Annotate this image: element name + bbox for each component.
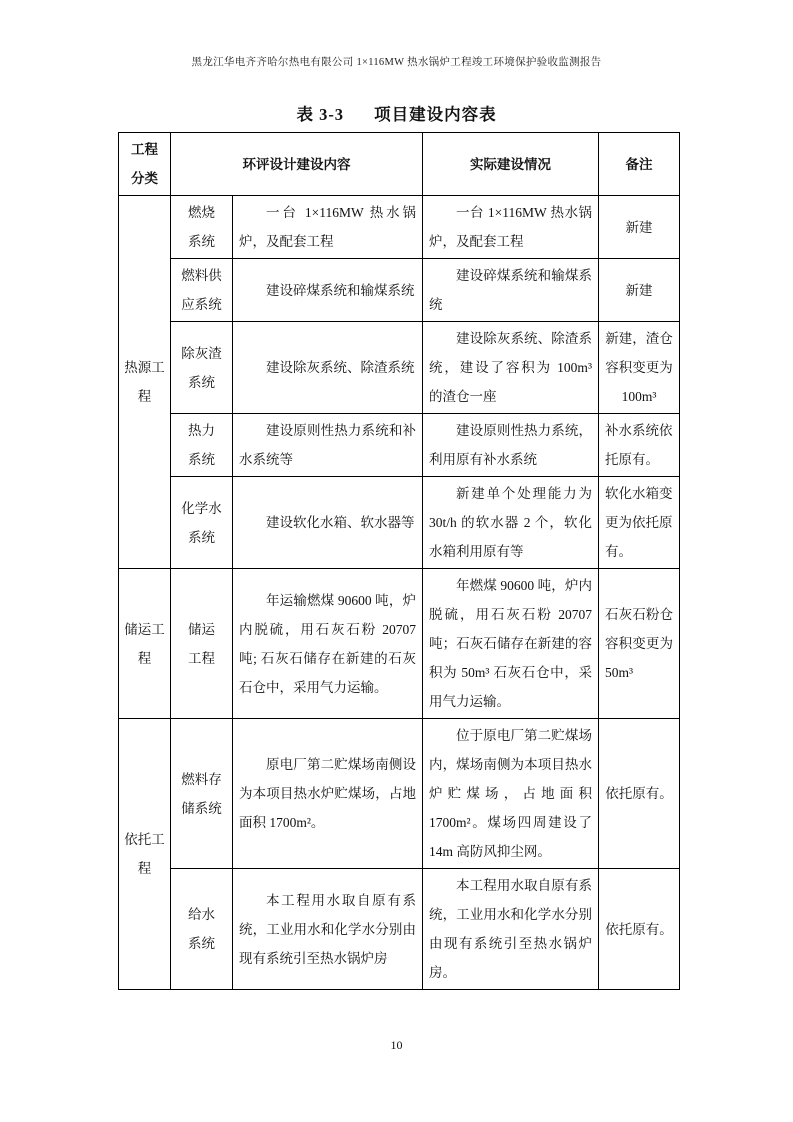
table-row: 化学水 系统 建设软化水箱、软水器等 新建单个处理能力为 30t/h 的软水器 … bbox=[119, 477, 680, 569]
actual-cell: 新建单个处理能力为 30t/h 的软水器 2 个，软化水箱利用原有等 bbox=[423, 477, 599, 569]
header-cell-eia-design: 环评设计建设内容 bbox=[171, 133, 423, 196]
document-header-text: 黑龙江华电齐齐哈尔热电有限公司 1×116MW 热水锅炉工程竣工环境保护验收监测… bbox=[0, 54, 793, 69]
remark-cell: 依托原有。 bbox=[599, 719, 680, 869]
table-header-row: 工程 分类 环评设计建设内容 实际建设情况 备注 bbox=[119, 133, 680, 196]
remark-cell: 新建 bbox=[599, 196, 680, 259]
page-number: 10 bbox=[0, 1038, 793, 1053]
header-cell-remark: 备注 bbox=[599, 133, 680, 196]
system-cell-thermal: 热力 系统 bbox=[171, 414, 233, 477]
actual-cell: 建设除灰系统、除渣系统，建设了容积为 100m³ 的渣仓一座 bbox=[423, 322, 599, 414]
actual-cell: 年燃煤 90600 吨，炉内脱硫，用石灰石粉 20707 吨；石灰石储存在新建的… bbox=[423, 569, 599, 719]
eia-cell: 年运输燃煤 90600 吨，炉内脱硫，用石灰石粉 20707 吨; 石灰石储存在… bbox=[233, 569, 423, 719]
table-row: 除灰渣 系统 建设除灰系统、除渣系统 建设除灰系统、除渣系统，建设了容积为 10… bbox=[119, 322, 680, 414]
header-cell-actual-construction: 实际建设情况 bbox=[423, 133, 599, 196]
category-cell-relying-project: 依托工程 bbox=[119, 719, 171, 990]
remark-cell: 新建，渣仓容积变更为 100m³ bbox=[599, 322, 680, 414]
eia-cell: 一台 1×116MW 热水锅炉，及配套工程 bbox=[233, 196, 423, 259]
eia-cell: 建设除灰系统、除渣系统 bbox=[233, 322, 423, 414]
project-construction-table: 工程 分类 环评设计建设内容 实际建设情况 备注 热源工程 燃烧 系统 一台 1… bbox=[118, 132, 680, 990]
system-cell-ash-removal: 除灰渣 系统 bbox=[171, 322, 233, 414]
table-row: 依托工程 燃料存 储系统 原电厂第二贮煤场南侧设为本项目热水炉贮煤场，占地面积 … bbox=[119, 719, 680, 869]
table-row: 热力 系统 建设原则性热力系统和补水系统等 建设原则性热力系统，利用原有补水系统… bbox=[119, 414, 680, 477]
category-cell-heat-source: 热源工程 bbox=[119, 196, 171, 569]
category-cell-storage-transport: 储运工程 bbox=[119, 569, 171, 719]
actual-cell: 一台 1×116MW 热水锅炉，及配套工程 bbox=[423, 196, 599, 259]
remark-cell: 补水系统依托原有。 bbox=[599, 414, 680, 477]
system-cell-storage-transport: 储运 工程 bbox=[171, 569, 233, 719]
system-cell-fuel-storage: 燃料存 储系统 bbox=[171, 719, 233, 869]
eia-cell: 建设原则性热力系统和补水系统等 bbox=[233, 414, 423, 477]
actual-cell: 建设碎煤系统和输煤系统 bbox=[423, 259, 599, 322]
table-row: 储运工程 储运 工程 年运输燃煤 90600 吨，炉内脱硫，用石灰石粉 2070… bbox=[119, 569, 680, 719]
remark-cell: 新建 bbox=[599, 259, 680, 322]
actual-cell: 位于原电厂第二贮煤场内，煤场南侧为本项目热水炉贮煤场，占地面积 1700m²。煤… bbox=[423, 719, 599, 869]
actual-cell: 本工程用水取自原有系统，工业用水和化学水分别由现有系统引至热水锅炉房。 bbox=[423, 869, 599, 990]
remark-cell: 石灰石粉仓容积变更为 50m³ bbox=[599, 569, 680, 719]
table-row: 热源工程 燃烧 系统 一台 1×116MW 热水锅炉，及配套工程 一台 1×11… bbox=[119, 196, 680, 259]
system-cell-combustion: 燃烧 系统 bbox=[171, 196, 233, 259]
document-page: 黑龙江华电齐齐哈尔热电有限公司 1×116MW 热水锅炉工程竣工环境保护验收监测… bbox=[0, 0, 793, 1122]
eia-cell: 原电厂第二贮煤场南侧设为本项目热水炉贮煤场，占地面积 1700m²。 bbox=[233, 719, 423, 869]
system-cell-fuel-supply: 燃料供 应系统 bbox=[171, 259, 233, 322]
table-title-text: 项目建设内容表 bbox=[374, 105, 497, 124]
table-title: 表 3-3项目建设内容表 bbox=[0, 101, 793, 125]
eia-cell: 建设软化水箱、软水器等 bbox=[233, 477, 423, 569]
table-title-number: 表 3-3 bbox=[296, 105, 344, 124]
remark-cell: 软化水箱变更为依托原有。 bbox=[599, 477, 680, 569]
system-cell-water-supply: 给水 系统 bbox=[171, 869, 233, 990]
actual-cell: 建设原则性热力系统，利用原有补水系统 bbox=[423, 414, 599, 477]
table-row: 给水 系统 本工程用水取自原有系统，工业用水和化学水分别由现有系统引至热水锅炉房… bbox=[119, 869, 680, 990]
remark-cell: 依托原有。 bbox=[599, 869, 680, 990]
eia-cell: 本工程用水取自原有系统，工业用水和化学水分别由现有系统引至热水锅炉房 bbox=[233, 869, 423, 990]
header-cell-category: 工程 分类 bbox=[119, 133, 171, 196]
table-row: 燃料供 应系统 建设碎煤系统和输煤系统 建设碎煤系统和输煤系统 新建 bbox=[119, 259, 680, 322]
system-cell-chemical-water: 化学水 系统 bbox=[171, 477, 233, 569]
eia-cell: 建设碎煤系统和输煤系统 bbox=[233, 259, 423, 322]
